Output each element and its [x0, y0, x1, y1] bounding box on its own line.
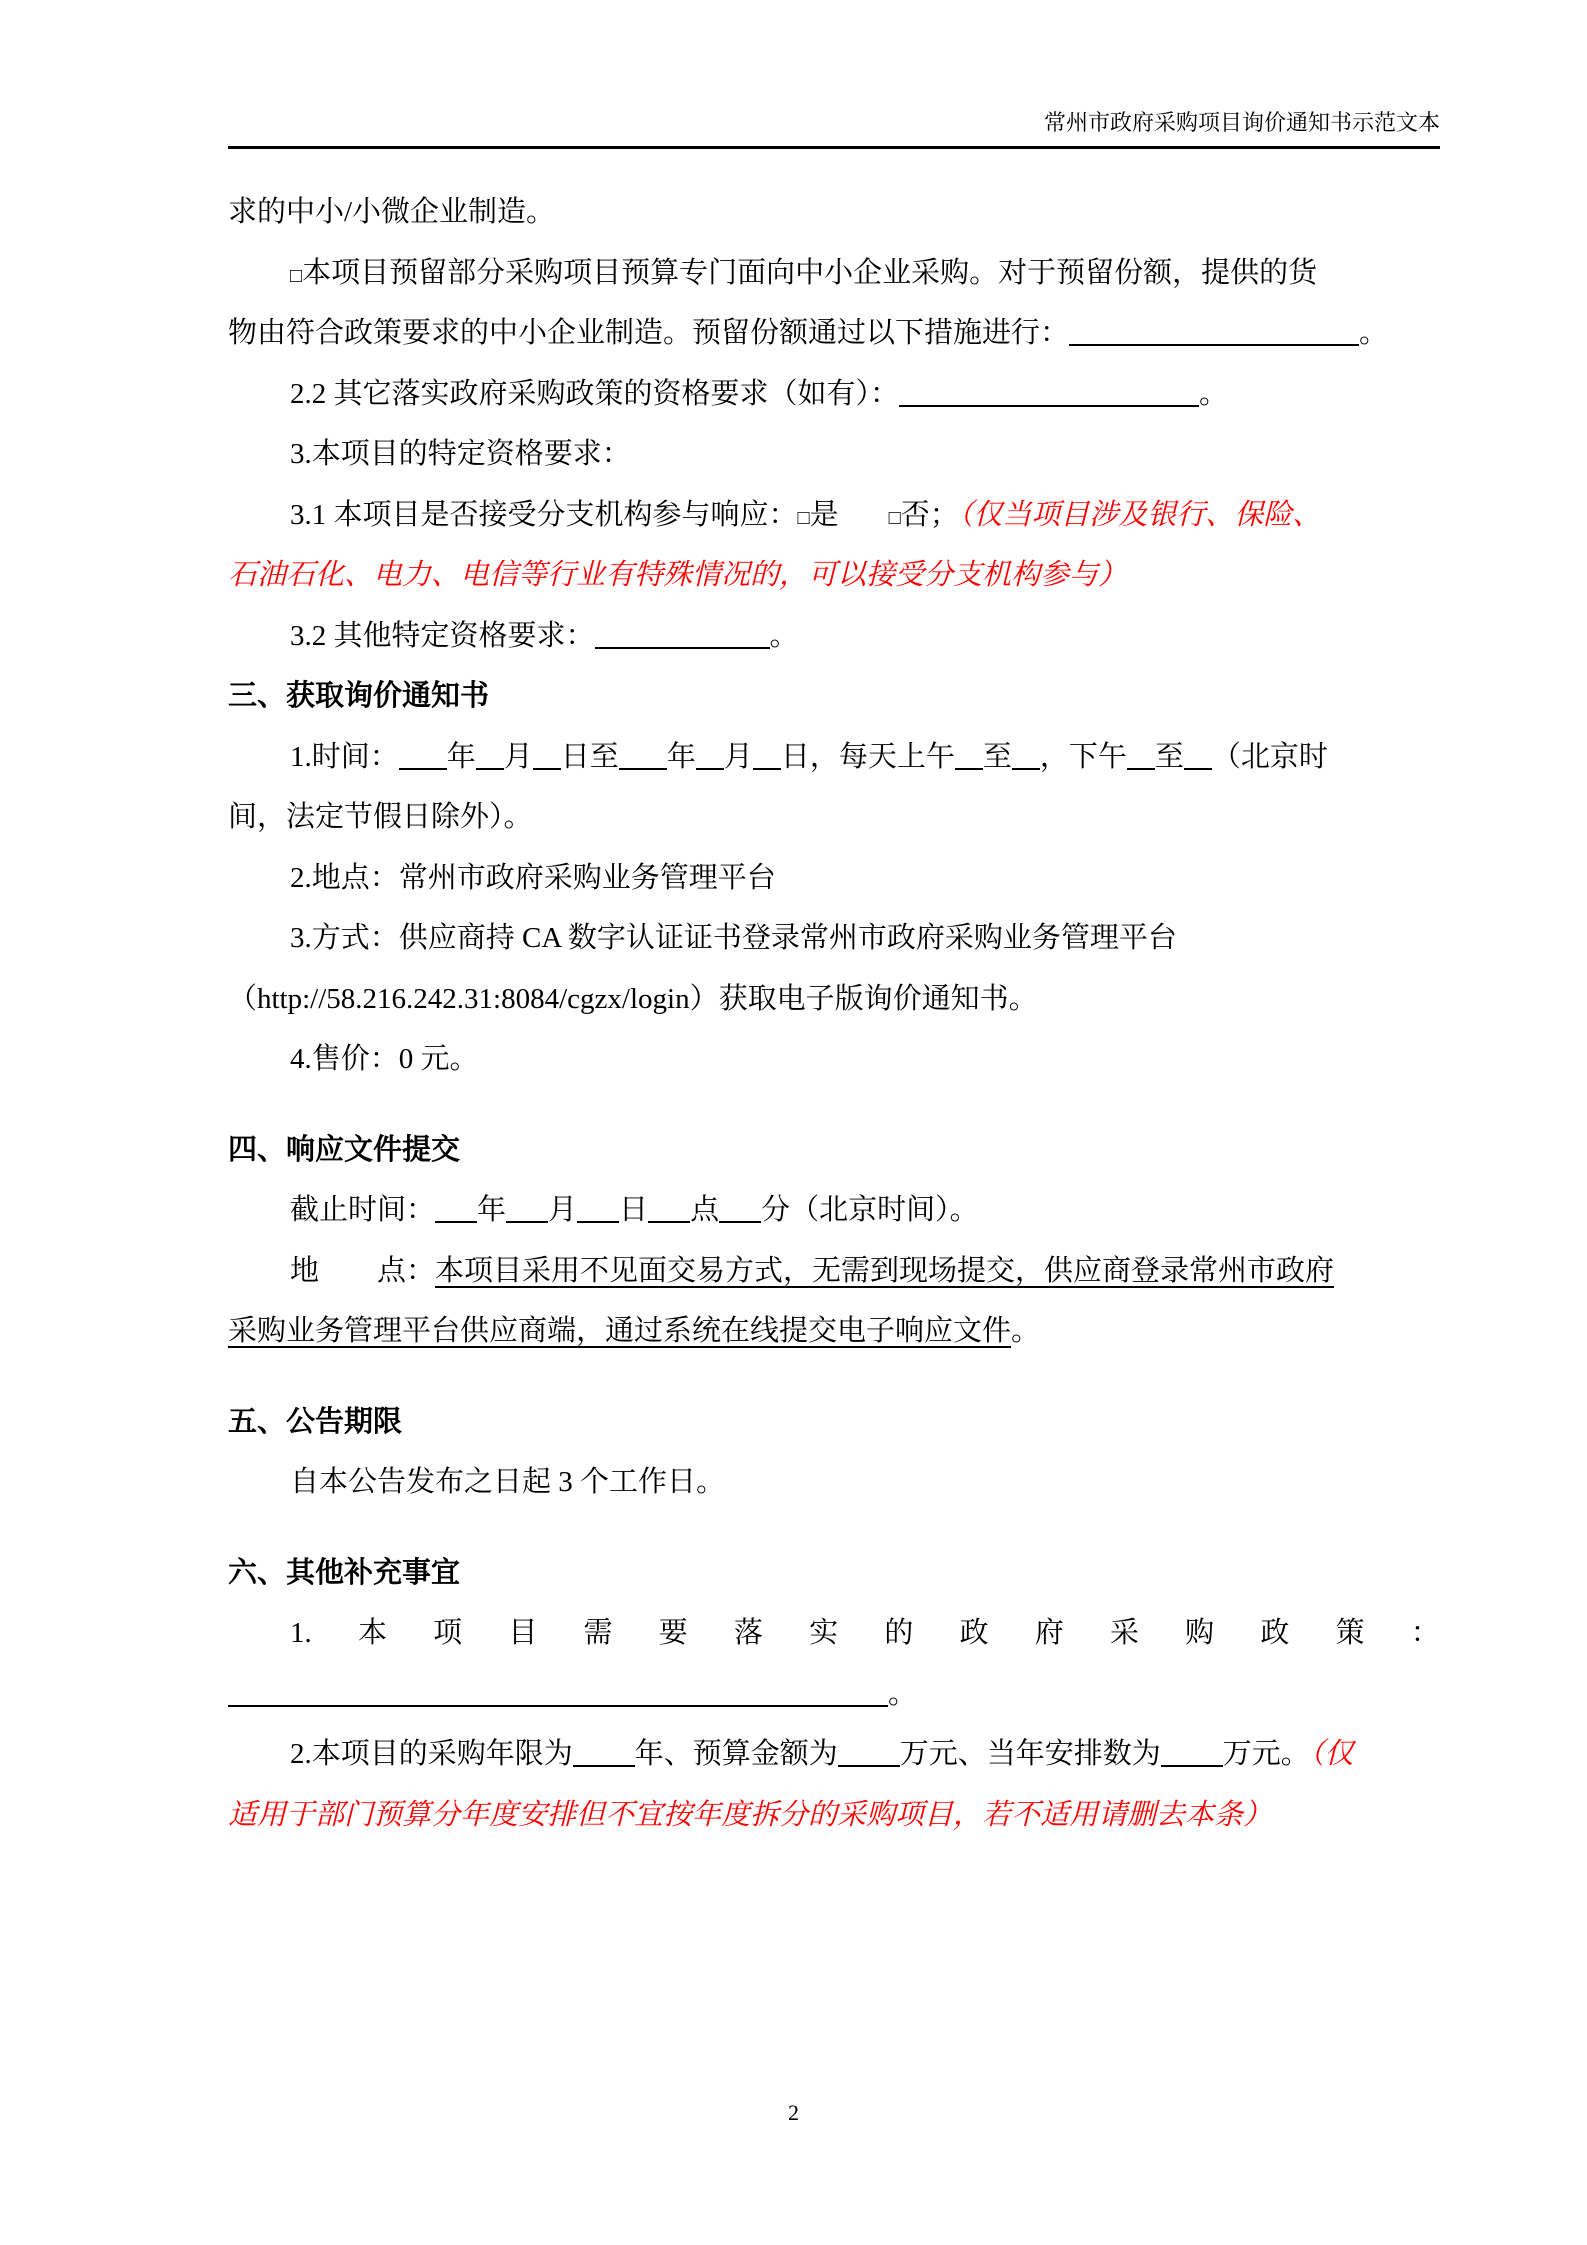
text: （北京时 — [1212, 741, 1328, 773]
text: 万元。 — [1223, 1738, 1310, 1770]
paragraph-line: 适用于部门预算分年度安排但不宜按年度拆分的采购项目，若不适用请删去本条） — [228, 1785, 1440, 1846]
text: 月 — [504, 741, 533, 773]
paragraph-line: 。 — [228, 1664, 1440, 1725]
paragraph-line: 2.2 其它落实政府采购政策的资格要求（如有）：。 — [228, 364, 1440, 425]
text: 。 — [1011, 1315, 1040, 1347]
fill-blank[interactable] — [838, 1739, 900, 1767]
fill-blank[interactable] — [955, 742, 983, 770]
fill-blank[interactable] — [1161, 1739, 1223, 1767]
fill-blank[interactable] — [753, 742, 781, 770]
paragraph-line: 求的中小/小微企业制造。 — [228, 182, 1440, 243]
text: 1.时间： — [290, 741, 399, 773]
text: 1. — [290, 1603, 312, 1664]
reserve-option: □本项目预留部分采购项目预算专门面向中小企业采购。对于预留份额，提供的货 — [228, 243, 1440, 304]
text: 至 — [1155, 741, 1184, 773]
fill-blank[interactable] — [533, 742, 561, 770]
section-heading: 六、其他补充事宜 — [228, 1543, 1440, 1604]
section-heading: 五、公告期限 — [228, 1392, 1440, 1453]
option-no-label: 否； — [901, 499, 959, 531]
page-header: 常州市政府采购项目询价通知书示范文本 — [228, 108, 1440, 138]
section-heading: 三、获取询价通知书 — [228, 666, 1440, 727]
text: 采 — [1110, 1603, 1139, 1664]
section-heading: 四、响应文件提交 — [228, 1120, 1440, 1181]
fill-blank[interactable] — [399, 742, 447, 770]
paragraph-line: 自本公告发布之日起 3 个工作日。 — [228, 1452, 1440, 1513]
text: 项 — [433, 1603, 462, 1664]
text: 3.2 其他特定资格要求： — [290, 620, 595, 652]
fill-blank[interactable] — [476, 742, 504, 770]
paragraph-line: 间，法定节假日除外）。 — [228, 787, 1440, 848]
fill-blank[interactable] — [1069, 318, 1359, 346]
branch-question: 3.1 本项目是否接受分支机构参与响应：□是□否；（仅当项目涉及银行、保险、 — [228, 485, 1440, 546]
fill-blank[interactable] — [573, 1739, 635, 1767]
text: 点 — [690, 1194, 719, 1226]
text: 。 — [888, 1678, 917, 1710]
fill-blank[interactable] — [435, 1195, 477, 1223]
paragraph-line: 4.售价：0 元。 — [228, 1029, 1440, 1090]
text: 目 — [508, 1603, 537, 1664]
fill-blank[interactable] — [1127, 742, 1155, 770]
text: 。 — [1199, 378, 1228, 410]
red-note: 适用于部门预算分年度安排但不宜按年度拆分的采购项目，若不适用请删去本条） — [228, 1799, 1272, 1831]
text: 。 — [1359, 317, 1388, 349]
paragraph-line: 3.本项目的特定资格要求： — [228, 424, 1440, 485]
text: 策 — [1336, 1603, 1365, 1664]
header-divider — [228, 146, 1440, 149]
text: 截止时间： — [290, 1194, 435, 1226]
text: 日，每天上午 — [781, 741, 955, 773]
fill-blank[interactable] — [899, 379, 1199, 407]
document-body: 求的中小/小微企业制造。 □本项目预留部分采购项目预算专门面向中小企业采购。对于… — [228, 182, 1440, 1845]
text: 2.2 其它落实政府采购政策的资格要求（如有）： — [290, 378, 899, 410]
text: 求的中小/小微企业制造。 — [228, 196, 555, 228]
text: 年 — [447, 741, 476, 773]
fill-blank[interactable] — [648, 1195, 690, 1223]
text: 需 — [584, 1603, 613, 1664]
text: 购 — [1185, 1603, 1214, 1664]
text: 分（北京时间）。 — [761, 1194, 979, 1226]
text: 要 — [659, 1603, 688, 1664]
deadline-line: 截止时间：年月日点分（北京时间）。 — [228, 1180, 1440, 1241]
text: 。 — [770, 620, 799, 652]
page-number: 2 — [0, 2100, 1587, 2126]
budget-line: 2.本项目的采购年限为年、预算金额为万元、当年安排数为万元。（仅 — [228, 1724, 1440, 1785]
paragraph-line: 3.2 其他特定资格要求：。 — [228, 606, 1440, 667]
text: 政 — [1260, 1603, 1289, 1664]
text: 至 — [983, 741, 1012, 773]
fill-blank[interactable] — [595, 621, 770, 649]
text: 实 — [809, 1603, 838, 1664]
fill-blank[interactable] — [719, 1195, 761, 1223]
fill-blank[interactable] — [1184, 742, 1212, 770]
text: 日至 — [561, 741, 619, 773]
text: 年 — [667, 741, 696, 773]
text: 月 — [548, 1194, 577, 1226]
text: 本 — [358, 1603, 387, 1664]
text: 月 — [724, 741, 753, 773]
text: 采购业务管理平台供应商端，通过系统在线提交电子响应文件 — [228, 1315, 1011, 1347]
fill-blank[interactable] — [228, 1679, 888, 1707]
text: ： — [1411, 1603, 1440, 1664]
red-note: （仅当项目涉及银行、保险、 — [959, 499, 1322, 531]
text: 3.本项目的特定资格要求： — [290, 438, 631, 470]
paragraph-line: 采购业务管理平台供应商端，通过系统在线提交电子响应文件。 — [228, 1301, 1440, 1362]
policy-line: 1.本项目需要落实的政府采购政策： — [228, 1603, 1440, 1664]
paragraph-line: 石油石化、电力、电信等行业有特殊情况的，可以接受分支机构参与） — [228, 545, 1440, 606]
url-line[interactable]: （http://58.216.242.31:8084/cgzx/login）获取… — [228, 969, 1440, 1030]
checkbox-yes-icon[interactable]: □ — [798, 507, 810, 529]
text: 日 — [619, 1194, 648, 1226]
text: ，下午 — [1040, 741, 1127, 773]
text: 物由符合政策要求的中小企业制造。预留份额通过以下措施进行： — [228, 317, 1069, 349]
text: 府 — [1035, 1603, 1064, 1664]
text: 本项目预留部分采购项目预算专门面向中小企业采购。对于预留份额，提供的货 — [302, 257, 1317, 289]
option-yes-label: 是 — [810, 499, 839, 531]
text: 政 — [960, 1603, 989, 1664]
text: 2.本项目的采购年限为 — [290, 1738, 573, 1770]
paragraph-line: 3.方式：供应商持 CA 数字认证证书登录常州市政府采购业务管理平台 — [228, 908, 1440, 969]
fill-blank[interactable] — [619, 742, 667, 770]
paragraph-line: 2.地点：常州市政府采购业务管理平台 — [228, 848, 1440, 909]
place-line: 地 点：本项目采用不见面交易方式，无需到现场提交，供应商登录常州市政府 — [228, 1241, 1440, 1302]
fill-blank[interactable] — [696, 742, 724, 770]
paragraph-line: 物由符合政策要求的中小企业制造。预留份额通过以下措施进行：。 — [228, 303, 1440, 364]
time-line: 1.时间：年月日至年月日，每天上午至，下午至（北京时 — [228, 727, 1440, 788]
checkbox-no-icon[interactable]: □ — [889, 507, 901, 529]
text: 年 — [477, 1194, 506, 1226]
fill-blank[interactable] — [577, 1195, 619, 1223]
text: 3.1 本项目是否接受分支机构参与响应： — [290, 499, 798, 531]
text: 年、预算金额为 — [635, 1738, 838, 1770]
text: 本项目采用不见面交易方式，无需到现场提交，供应商登录常州市政府 — [435, 1255, 1334, 1287]
fill-blank[interactable] — [506, 1195, 548, 1223]
text: 的 — [884, 1603, 913, 1664]
text: 落 — [734, 1603, 763, 1664]
fill-blank[interactable] — [1012, 742, 1040, 770]
red-note: 石油石化、电力、电信等行业有特殊情况的，可以接受分支机构参与） — [228, 559, 1127, 591]
red-note: （仅 — [1310, 1738, 1354, 1770]
text: 万元、当年安排数为 — [900, 1738, 1161, 1770]
text: 地 点： — [290, 1255, 435, 1287]
checkbox-icon[interactable]: □ — [290, 265, 302, 287]
